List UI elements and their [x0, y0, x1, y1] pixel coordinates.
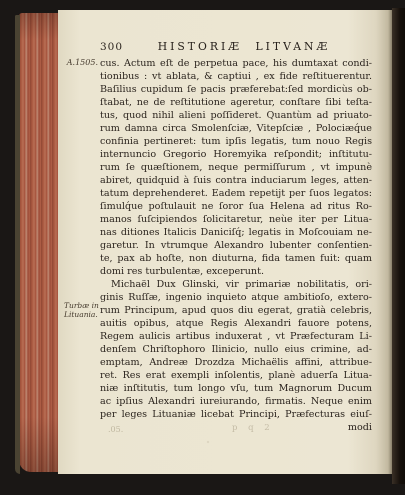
catchword: modi: [348, 421, 372, 434]
text-line: Baſilius cupidum ſe pacis præferebat:ſed…: [100, 83, 372, 96]
text-line: Michaël Dux Glinski, vir primariæ nobili…: [100, 278, 372, 291]
running-title: HISTORIÆ LITVANÆ: [108, 40, 380, 53]
main-text-block: cus. Actum eſt de perpetua pace, his dum…: [100, 57, 372, 421]
text-line: rum Principum, apud quos diu egerat, gra…: [100, 304, 372, 317]
text-line: tatum deprehenderet. Eadem repetijt per …: [100, 187, 372, 200]
text-line: niæ inſtitutis, tum longo vſu, tum Magno…: [100, 382, 372, 395]
paragraph-2: Michaël Dux Glinski, vir primariæ nobili…: [100, 278, 372, 421]
book-fore-edge: [19, 13, 60, 472]
text-line: ac ipſius Alexandri iureiurando, firmati…: [100, 395, 372, 408]
text-line: rum ſe quæſtionem, neque permiſſurum , v…: [100, 161, 372, 174]
text-line: tus, quod nihil alieni poſſideret. Quant…: [100, 109, 372, 122]
text-line: denſem Chriſtophoro Ilinicio, nullo eius…: [100, 343, 372, 356]
text-line: auitis opibus, atque Regis Alexandri fau…: [100, 317, 372, 330]
margin-note-year: A.1505.: [60, 58, 98, 67]
book-scan-photo: 300 HISTORIÆ LITVANÆ A.1505. Turbæ inLit…: [0, 0, 405, 495]
text-line: internuncio Gregorio Horemyika reſpondit…: [100, 148, 372, 161]
text-line: ſimulq́ue poſtulauit ne ſoror ſua Helena…: [100, 200, 372, 213]
text-line: tionibus : vt ablata, & captiui , ex fid…: [100, 70, 372, 83]
text-line: per leges Lituaniæ licebat Principi, Præ…: [100, 408, 372, 421]
text-line: ſtabat, ne de reſtitutione ageretur, con…: [100, 96, 372, 109]
text-line: confinia pertineret: tum ipſis legatis, …: [100, 135, 372, 148]
text-line: Regem aulicis artibus induxerat , vt Præ…: [100, 330, 372, 343]
text-line: emptam, Andreæ Drozdza Michaëlis affini,…: [100, 356, 372, 369]
paragraph-1: cus. Actum eſt de perpetua pace, his dum…: [100, 57, 372, 278]
text-line: abiret, quidquid à ſuis contra induciaru…: [100, 174, 372, 187]
text-line: garetur. In vtrumque Alexandro lubenter …: [100, 239, 372, 252]
text-line: cus. Actum eſt de perpetua pace, his dum…: [100, 57, 372, 70]
text-line: ginis Ruſſæ, ingenio inquieto atque ambi…: [100, 291, 372, 304]
book-binding-gutter: [392, 8, 405, 484]
page-footer-row: .05. p q 2 modi: [100, 421, 372, 434]
signature-showthrough-mark: p q 2: [232, 422, 274, 435]
text-line: ret. Res erat exempli inſolentis, planè …: [100, 369, 372, 382]
text-line: manos ſuſcipiendos ſolicitaretur, neùe i…: [100, 213, 372, 226]
text-line: nas ditiones Italicis Daniciſq́; legatis…: [100, 226, 372, 239]
text-line: Lituania.: [64, 311, 100, 320]
text-line: domi res turbulentæ, exceperunt.: [100, 265, 372, 278]
text-line: rum damna circa Smolenſciæ, Vitepſciæ , …: [100, 122, 372, 135]
ink-showthrough-mark: .05.: [108, 423, 123, 436]
text-line: te, pax ab hoſte, non diuturna, fida tam…: [100, 252, 372, 265]
margin-note-turbae: Turbæ inLituania.: [64, 302, 100, 319]
book-page: 300 HISTORIÆ LITVANÆ A.1505. Turbæ inLit…: [58, 10, 394, 474]
